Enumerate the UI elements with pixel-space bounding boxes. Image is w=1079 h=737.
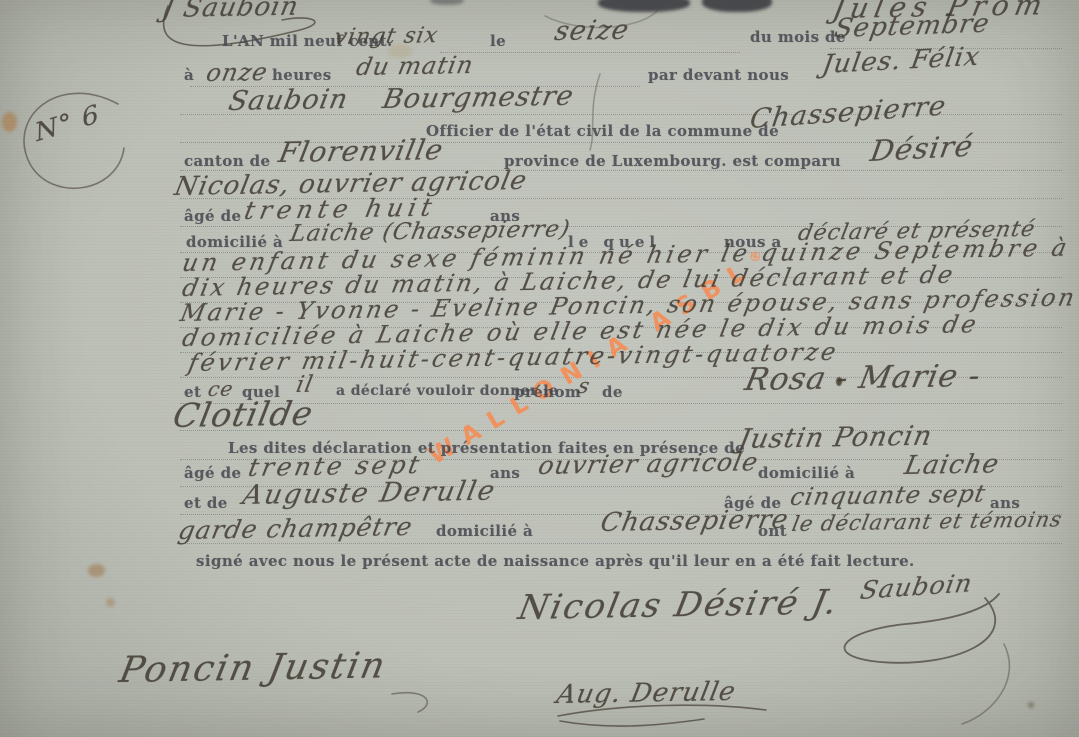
handwritten-officer-title: Bourgmestre <box>380 81 577 115</box>
handwritten-child-names: Rosa - Marie - <box>742 358 984 398</box>
margin-act-number: N° 6 <box>33 100 102 148</box>
ink-smudge <box>702 0 772 12</box>
handwritten-witness1-residence: Laiche <box>902 449 1002 481</box>
paper-stain <box>88 564 105 577</box>
handwritten-witness1-profession: ouvrier agricole <box>536 447 761 480</box>
printed-residence-label-3: domicilié à <box>436 522 533 540</box>
printed-day-label: le <box>490 32 506 50</box>
birth-certificate-scan: WALLONIA ASBL® N° 6 J Sauboin Jules Prom… <box>0 0 1079 737</box>
handwritten-canton: Florenville <box>276 133 447 169</box>
paper-stain <box>2 112 17 132</box>
printed-civil-officer-label: Officier de l'état civil de la commune d… <box>426 122 779 140</box>
handwritten-ont-clause: le déclarant et témoins <box>790 507 1065 536</box>
ink-speck <box>1028 702 1034 708</box>
handwritten-child-name-2: Clotilde <box>170 394 317 435</box>
printed-hour-label: heures <box>272 66 332 84</box>
right-edge-flourish <box>962 644 1009 724</box>
printed-hour-prefix: à <box>184 66 194 84</box>
handwritten-witness1-name: Justin Poncin <box>736 421 935 455</box>
handwritten-year: vingt six <box>332 23 441 50</box>
printed-canton-label: canton de <box>184 152 270 170</box>
signature-witness1: Poncin Justin <box>116 645 390 691</box>
signature-declarant: Nicolas Désiré J. <box>515 582 842 628</box>
handwritten-witness2-name: Auguste Derulle <box>240 476 499 511</box>
witness1-signature-tail <box>392 693 427 712</box>
paper-stain <box>106 598 115 607</box>
handwritten-commune: Chassepierre <box>748 91 948 135</box>
dotted-rule-line <box>440 52 740 53</box>
printed-residence-label-2: domicilié à <box>758 464 855 482</box>
printed-prenom-label: prénom <box>514 383 581 401</box>
handwritten-month: Septembre <box>832 9 992 44</box>
dotted-rule-line <box>180 543 1062 544</box>
signature-witness2: Aug. Derulle <box>554 677 739 710</box>
printed-ont-label: ont <box>758 522 787 540</box>
printed-and-of-label: et de <box>184 494 228 512</box>
handwritten-witness2-profession: garde champêtre <box>176 512 415 545</box>
handwritten-day: seize <box>552 15 632 47</box>
printed-province-label: province de Luxembourg. est comparu <box>504 152 841 170</box>
handwritten-hour: onze <box>204 58 270 87</box>
printed-age-label-2: âgé de <box>184 464 241 482</box>
top-left-signature: J Sauboin <box>160 0 301 24</box>
printed-de-label: de <box>602 383 623 401</box>
handwritten-hour-period: du matin <box>354 51 476 81</box>
handwritten-officer-lastname: Sauboin <box>226 84 351 117</box>
printed-before-us-label: par devant nous <box>648 66 789 84</box>
handwritten-declarant-firstname: Désiré <box>868 129 976 168</box>
handwritten-witness2-age: cinquante sept <box>788 480 988 511</box>
ink-smudge <box>430 0 464 5</box>
printed-closing-line: signé avec nous le présent acte de naiss… <box>196 552 915 570</box>
ink-smudge <box>598 0 690 12</box>
signature-officer: Sauboin <box>858 568 975 605</box>
printed-age-label-1: âgé de <box>184 207 241 225</box>
